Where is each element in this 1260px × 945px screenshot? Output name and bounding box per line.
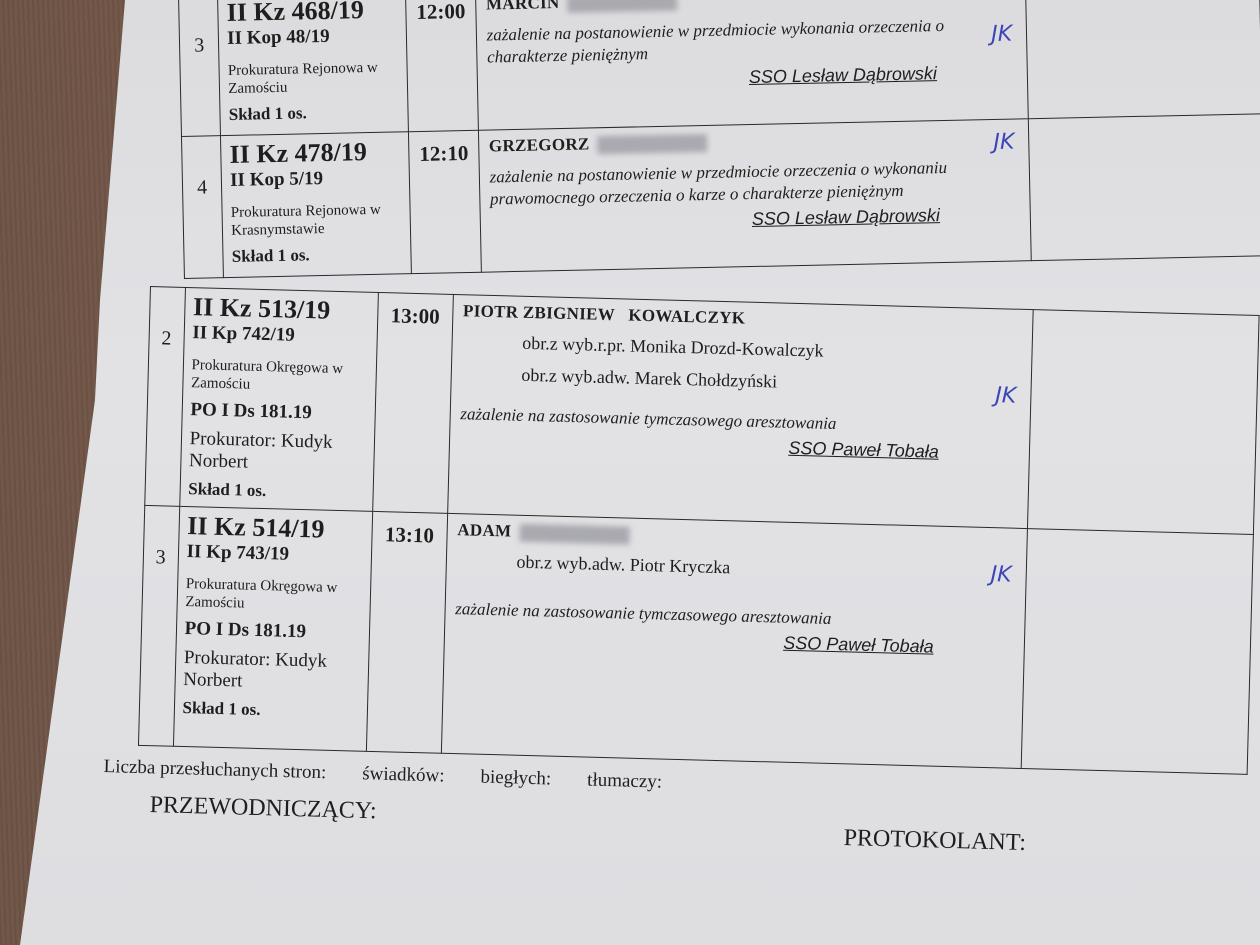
- defense-counsel: obr.z wyb.adw. Piotr Kryczka: [456, 548, 1016, 587]
- row-number: 2: [145, 287, 185, 507]
- matter-description: zażalenie na postanowienie w przedmiocie…: [486, 14, 1016, 69]
- table-row: 4 II Kz 478/19 II Kop 5/19 Prokuratura R…: [181, 114, 1260, 279]
- handwritten-initials: JK: [990, 562, 1012, 588]
- row-number: 4: [181, 136, 223, 279]
- prosecutor-office: Prokuratura Rejonowa w Zamościu: [228, 58, 400, 98]
- case-signature-cell: II Kz 468/19 II Kop 48/19 Prokuratura Re…: [218, 0, 409, 136]
- hearing-time: 13:00: [373, 292, 453, 513]
- experts-label: biegłych:: [480, 767, 551, 791]
- prosecutor-name: Prokurator: Kudyk Norbert: [189, 428, 367, 477]
- lower-court-ref: II Kp 742/19: [192, 320, 369, 351]
- party-name: MARCIN: [486, 0, 560, 14]
- table-row: 3 II Kz 468/19 II Kop 48/19 Prokuratura …: [179, 0, 1260, 136]
- table-row: 3 II Kz 514/19 II Kp 743/19 Prokuratura …: [138, 505, 1253, 774]
- ds-reference: PO I Ds 181.19: [190, 398, 367, 427]
- matter-description: zażalenie na postanowienie w przedmiocie…: [489, 156, 1019, 211]
- panel-composition: Skład 1 os.: [232, 242, 403, 268]
- case-signature: II Kz 478/19: [229, 137, 367, 169]
- case-signature-cell: II Kz 514/19 II Kp 743/19 Prokuratura Ok…: [173, 506, 373, 751]
- presiding-judge-label: PRZEWODNICZĄCY:: [149, 792, 377, 825]
- docket-table-upper: 3 II Kz 468/19 II Kop 48/19 Prokuratura …: [178, 0, 1260, 279]
- case-signature-cell: II Kz 478/19 II Kop 5/19 Prokuratura Rej…: [221, 132, 412, 278]
- notes-cell: [1021, 529, 1253, 775]
- clerk-label: PROTOKOLANT:: [843, 825, 1026, 857]
- prosecutor-name: Prokurator: Kudyk Norbert: [183, 647, 361, 696]
- party-name: PIOTR ZBIGNIEW KOWALCZYK: [463, 301, 746, 327]
- notes-cell: [1028, 114, 1260, 261]
- interpreters-label: tłumaczy:: [587, 770, 663, 794]
- case-signature-cell: II Kz 513/19 II Kp 742/19 Prokuratura Ok…: [179, 287, 378, 511]
- hearing-counts-line: Liczba przesłuchanych stron: świadków: b…: [103, 756, 662, 794]
- notes-cell: [1025, 0, 1260, 119]
- matter-cell: ADAM obr.z wyb.adw. Piotr Kryczka zażale…: [441, 513, 1027, 768]
- row-number: 3: [179, 0, 221, 136]
- matter-cell: MARCIN zażalenie na postanowienie w prze…: [475, 0, 1028, 130]
- heard-parties-label: Liczba przesłuchanych stron:: [103, 756, 326, 784]
- lower-court-ref: II Kop 5/19: [230, 164, 401, 194]
- handwritten-initials: JK: [993, 130, 1014, 155]
- hearing-time: 12:10: [409, 130, 481, 273]
- hearing-time: 13:10: [366, 511, 447, 753]
- matter-cell: GRZEGORZ zażalenie na postanowienie w pr…: [478, 119, 1031, 272]
- witnesses-label: świadków:: [362, 763, 445, 787]
- matter-cell: PIOTR ZBIGNIEW KOWALCZYK obr.z wyb.r.pr.…: [447, 294, 1033, 528]
- docket-sheet: 3 II Kz 468/19 II Kop 48/19 Prokuratura …: [0, 0, 1260, 945]
- ds-reference: PO I Ds 181.19: [184, 617, 361, 646]
- defense-counsel: obr.z wyb.adw. Marek Chołdzyński: [461, 361, 1021, 400]
- case-signature: II Kz 468/19: [226, 0, 364, 27]
- prosecutor-office: Prokuratura Okręgowa w Zamościu: [191, 356, 368, 397]
- party-name: GRZEGORZ: [489, 134, 590, 155]
- panel-composition: Skład 1 os.: [182, 697, 359, 724]
- defense-counsel: obr.z wyb.r.pr. Monika Drozd-Kowalczyk: [462, 329, 1022, 368]
- handwritten-initials: JK: [995, 383, 1017, 409]
- party-name: ADAM: [457, 520, 512, 540]
- prosecutor-office: Prokuratura Okręgowa w Zamościu: [185, 575, 362, 616]
- hearing-time: 12:00: [406, 0, 478, 132]
- lower-court-ref: II Kp 743/19: [186, 539, 363, 570]
- docket-table-lower: 2 II Kz 513/19 II Kp 742/19 Prokuratura …: [138, 286, 1260, 775]
- panel-composition: Skład 1 os.: [229, 100, 400, 126]
- redacted-surname: [519, 524, 629, 545]
- panel-composition: Skład 1 os.: [188, 478, 365, 505]
- redacted-surname: [567, 0, 677, 13]
- table-row: 2 II Kz 513/19 II Kp 742/19 Prokuratura …: [145, 287, 1259, 535]
- prosecutor-office: Prokuratura Rejonowa w Krasnymstawie: [231, 200, 403, 240]
- redacted-surname: [597, 134, 707, 154]
- lower-court-ref: II Kop 48/19: [227, 22, 398, 52]
- handwritten-initials: JK: [991, 22, 1012, 47]
- notes-cell: [1027, 310, 1259, 535]
